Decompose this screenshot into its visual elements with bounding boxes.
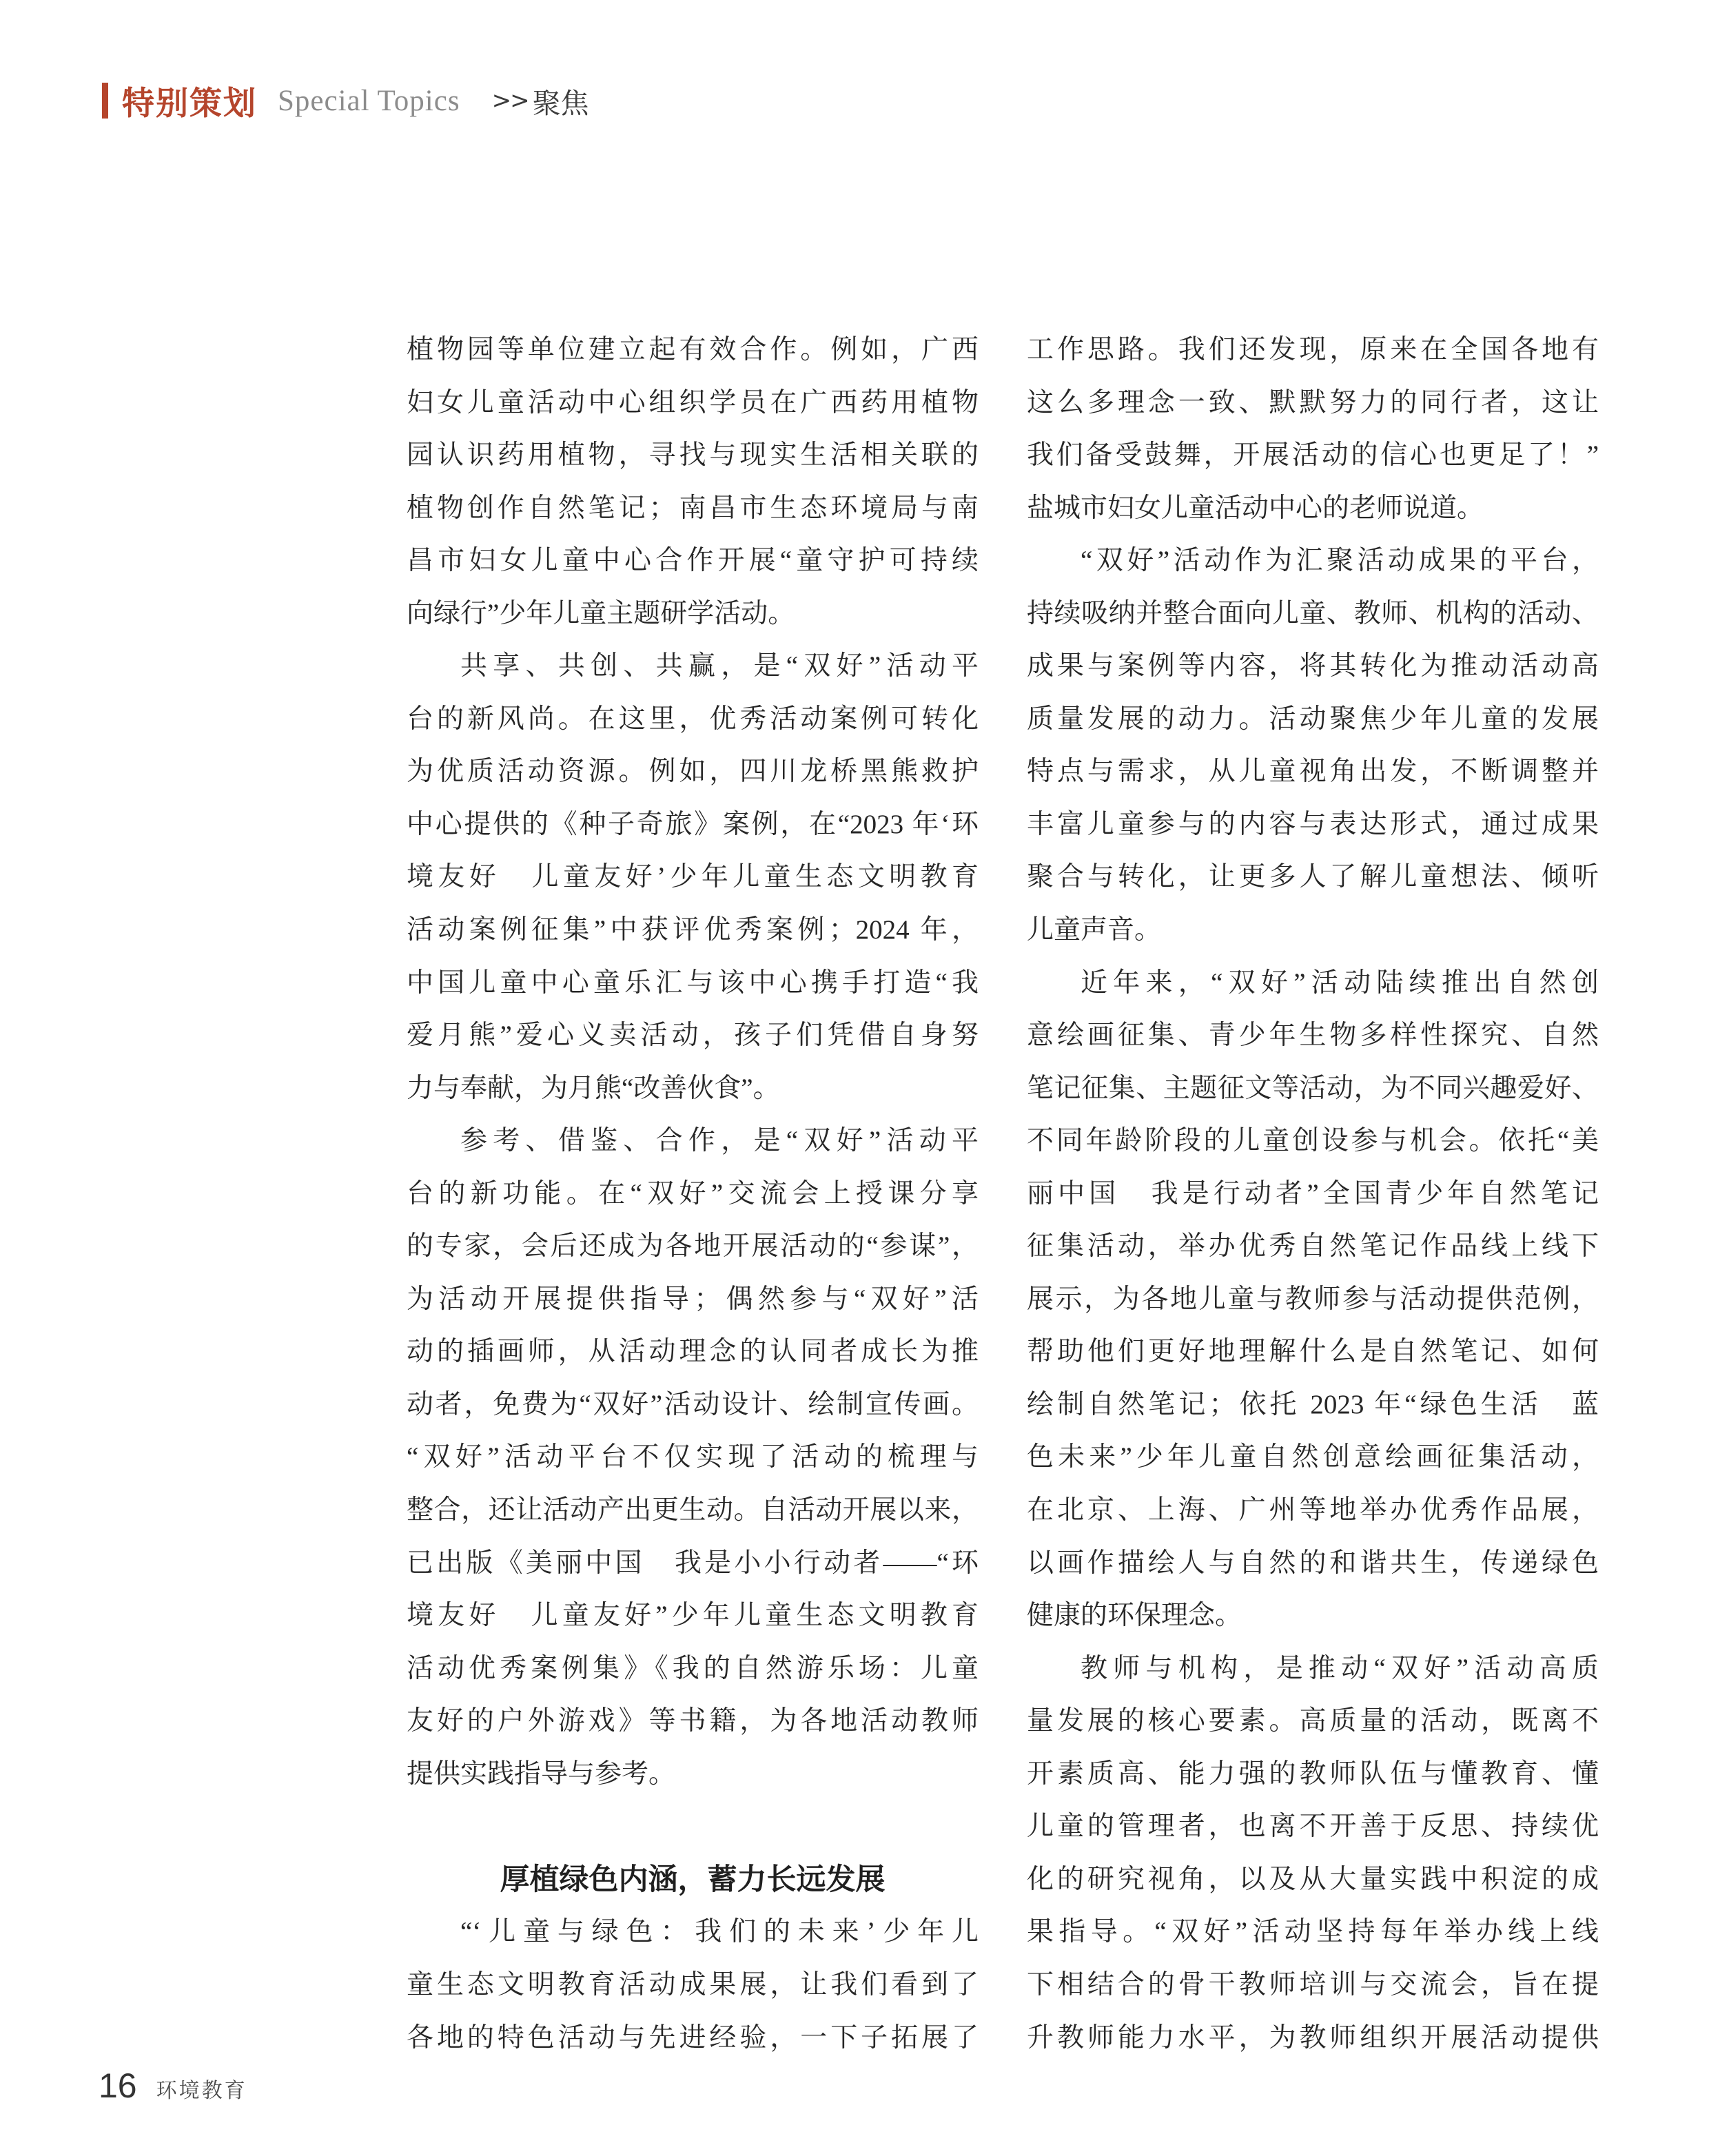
text-line: 妇女儿童活动中心组织学员在广西药用植物 [407,377,979,430]
text-line: 开素质高、能力强的教师队伍与懂教育、懂 [1027,1748,1599,1801]
text-line: 的专家，会后还成为各地开展活动的“参谋”， [407,1220,979,1273]
text-line: 展示，为各地儿童与教师参与活动提供范例， [1027,1273,1599,1326]
text-line: 丰富儿童参与的内容与表达形式，通过成果 [1027,799,1599,852]
section-title-en: Special Topics [278,84,460,118]
text-line: 以画作描绘人与自然的和谐共生，传递绿色 [1027,1537,1599,1590]
chevron-right-icon: >> [492,87,529,114]
page-header: 特别策划 Special Topics >> 聚焦 [102,81,589,120]
text-line: 这么多理念一致、默默努力的同行者，这让 [1027,377,1599,430]
article-body: 植物园等单位建立起有效合作。例如，广西妇女儿童活动中心组织学员在广西药用植物园认… [407,324,1599,2064]
text-line [407,1800,979,1854]
section-title-cn: 特别策划 [122,78,257,124]
text-line: 儿童声音。 [1027,904,1599,957]
text-line: 动的插画师，从活动理念的认同者成长为推 [407,1326,979,1379]
text-line: 化的研究视角，以及从大量实践中积淀的成 [1027,1854,1599,1907]
text-line: 意绘画征集、青少年生物多样性探究、自然 [1027,1009,1599,1062]
text-line: 昌市妇女儿童中心合作开展“童守护可持续 [407,535,979,588]
text-line: 参考、借鉴、合作，是“双好”活动平 [407,1115,979,1168]
text-line: 质量发展的动力。活动聚焦少年儿童的发展 [1027,693,1599,746]
text-line: 台的新风尚。在这里，优秀活动案例可转化 [407,693,979,746]
text-line: 盐城市妇女儿童活动中心的老师说道。 [1027,482,1599,535]
text-line: 持续吸纳并整合面向儿童、教师、机构的活动、 [1027,588,1599,641]
left-column: 植物园等单位建立起有效合作。例如，广西妇女儿童活动中心组织学员在广西药用植物园认… [407,324,979,2064]
text-line: 成果与案例等内容，将其转化为推动活动高 [1027,640,1599,693]
text-line: 聚合与转化，让更多人了解儿童想法、倾听 [1027,851,1599,904]
text-line: 为活动开展提供指导；偶然参与“双好”活 [407,1273,979,1326]
text-line: 中心提供的《种子奇旅》案例，在“2023 年‘环 [407,799,979,852]
journal-name: 环境教育 [156,2073,247,2104]
text-line: 近年来，“双好”活动陆续推出自然创 [1027,957,1599,1010]
text-line: 动者，免费为“双好”活动设计、绘制宣传画。 [407,1379,979,1432]
focus-tag: >> 聚焦 [492,81,589,121]
text-line: 爱月熊”爱心义卖活动，孩子们凭借自身努 [407,1009,979,1062]
text-line: 笔记征集、主题征文等活动，为不同兴趣爱好、 [1027,1062,1599,1116]
text-line: 升教师能力水平，为教师组织开展活动提供 [1027,2012,1599,2065]
section-heading: 厚植绿色内涵，蓄力长远发展 [407,1854,979,1907]
text-line: 植物创作自然笔记；南昌市生态环境局与南 [407,482,979,535]
page-footer: 16 环境教育 [99,2066,247,2106]
text-line: “双好”活动作为汇聚活动成果的平台， [1027,535,1599,588]
text-line: 不同年龄阶段的儿童创设参与机会。依托“美 [1027,1115,1599,1168]
text-line: 帮助他们更好地理解什么是自然笔记、如何 [1027,1326,1599,1379]
header-accent-bar [102,83,108,119]
text-line: 植物园等单位建立起有效合作。例如，广西 [407,324,979,377]
text-line: 我们备受鼓舞，开展活动的信心也更足了！” [1027,429,1599,482]
text-line: 园认识药用植物，寻找与现实生活相关联的 [407,429,979,482]
text-line: 果指导。“双好”活动坚持每年举办线上线 [1027,1906,1599,1959]
text-line: 工作思路。我们还发现，原来在全国各地有 [1027,324,1599,377]
text-line: 提供实践指导与参考。 [407,1748,979,1801]
text-line: 境友好 儿童友好’少年儿童生态文明教育 [407,851,979,904]
text-line: 丽中国 我是行动者”全国青少年自然笔记 [1027,1168,1599,1221]
text-line: 力与奉献，为月熊“改善伙食”。 [407,1062,979,1116]
text-line: 向绿行”少年儿童主题研学活动。 [407,588,979,641]
text-line: 健康的环保理念。 [1027,1590,1599,1643]
text-line: 整合，还让活动产出更生动。自活动开展以来， [407,1484,979,1537]
text-line: 在北京、上海、广州等地举办优秀作品展， [1027,1484,1599,1537]
text-line: 境友好 儿童友好”少年儿童生态文明教育 [407,1590,979,1643]
magazine-page: 特别策划 Special Topics >> 聚焦 植物园等单位建立起有效合作。… [0,0,1709,2156]
text-line: 儿童的管理者，也离不开善于反思、持续优 [1027,1800,1599,1854]
page-number: 16 [99,2066,137,2106]
text-line: 量发展的核心要素。高质量的活动，既离不 [1027,1695,1599,1748]
text-line: “‘儿童与绿色：我们的未来’少年儿 [407,1906,979,1959]
text-line: 特点与需求，从儿童视角出发，不断调整并 [1027,746,1599,799]
focus-label: 聚焦 [533,81,589,121]
text-line: 各地的特色活动与先进经验，一下子拓展了 [407,2012,979,2065]
text-line: 活动案例征集”中获评优秀案例；2024 年， [407,904,979,957]
text-line: 为优质活动资源。例如，四川龙桥黑熊救护 [407,746,979,799]
right-column: 工作思路。我们还发现，原来在全国各地有这么多理念一致、默默努力的同行者，这让我们… [1027,324,1599,2064]
text-line: 友好的户外游戏》等书籍，为各地活动教师 [407,1695,979,1748]
text-line: “双好”活动平台不仅实现了活动的梳理与 [407,1431,979,1484]
text-line: 共享、共创、共赢，是“双好”活动平 [407,640,979,693]
text-line: 童生态文明教育活动成果展，让我们看到了 [407,1959,979,2012]
text-line: 绘制自然笔记；依托 2023 年“绿色生活 蓝 [1027,1379,1599,1432]
text-line: 活动优秀案例集》《我的自然游乐场：儿童 [407,1643,979,1696]
text-line: 已出版《美丽中国 我是小小行动者——“环 [407,1537,979,1590]
text-line: 中国儿童中心童乐汇与该中心携手打造“我 [407,957,979,1010]
text-line: 征集活动，举办优秀自然笔记作品线上线下 [1027,1220,1599,1273]
text-line: 教师与机构，是推动“双好”活动高质 [1027,1643,1599,1696]
text-line: 色未来”少年儿童自然创意绘画征集活动， [1027,1431,1599,1484]
text-line: 台的新功能。在“双好”交流会上授课分享 [407,1168,979,1221]
text-line: 下相结合的骨干教师培训与交流会，旨在提 [1027,1959,1599,2012]
